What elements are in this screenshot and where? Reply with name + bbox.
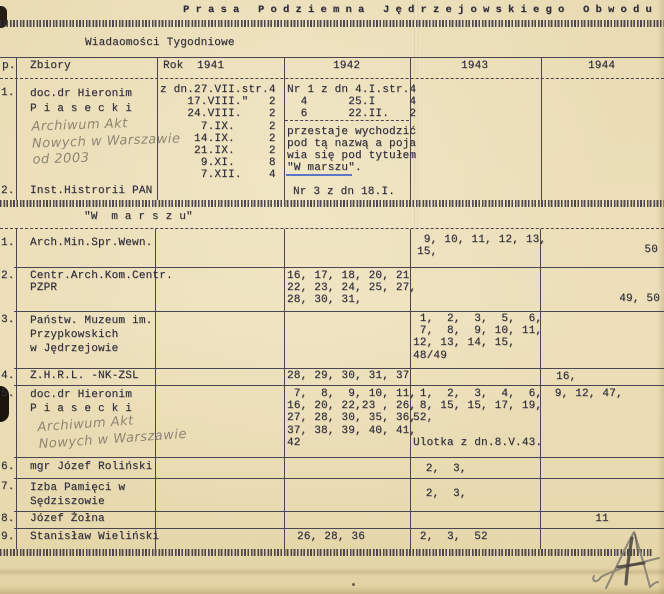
t2-row2-collection-name: Centr.Arch.Kom.Centr. PZPR (30, 270, 173, 294)
t2-row8-1944-cell: 11 (540, 513, 664, 525)
t1-row2-1942-cell: Nr 3 z dn 18.I. (293, 186, 395, 198)
t1-row2-number: 2. (1, 185, 15, 197)
t2-row5-1944-cell: 9, 12, 47, (548, 388, 623, 400)
table1-vline-1944 (541, 57, 542, 200)
t1-row1-number: 1. (1, 87, 15, 99)
t2-row5-1943-cell: 1, 2, 3, 4, 6, 8, 15, 15, 17, 19, 52, Ul… (413, 388, 542, 449)
t2-row1-1943-cell: 9, 10, 11, 12, 13, 15, (417, 234, 546, 258)
t2-row7-1943-cell: 2, 3, (419, 488, 467, 500)
t1-row1-1942-paragraph: przestaje wychodzić pod tą nazwą a poja … (287, 126, 416, 163)
t2-row9-1942-cell: 26, 28, 36 (297, 531, 365, 543)
t2-row2-1944-cell: 49, 50 (540, 293, 660, 305)
t2-row5-1942-cell: 7, 8, 9, 10, 11, 16, 20, 22,23 , 26, 27,… (287, 388, 416, 449)
t2-row2-number: 2. (1, 270, 15, 282)
t1-row2-collection-name: Inst.Histrorii PAN (30, 185, 152, 197)
typed-separator-table2-bottom (0, 549, 652, 556)
table2-top-dashed-border (0, 228, 664, 229)
section2-title: "W m a r s z u" (84, 211, 193, 223)
t2-row4-1942-cell: 28, 29, 30, 31, 37 (287, 370, 409, 382)
typed-separator-table1-bottom (0, 200, 664, 207)
table2-vline-num (16, 229, 17, 549)
t2-row1-number: 1. (1, 237, 15, 249)
section1-title: Wiadaomości Tygodniowe (85, 37, 235, 49)
t2-row-divider-5 (14, 457, 664, 458)
table1-header-divider (0, 78, 664, 79)
t2-row2-1942-cell: 16, 17, 18, 20, 21 22, 23, 24, 25, 27, 2… (287, 270, 416, 307)
t1-row1-handwritten-note: Archiwum Akt Nowych w Warszawie od 2003 (31, 114, 181, 169)
table1-header-1941: Rok 1941 (163, 60, 224, 72)
t2-row4-collection-name: Z.H.R.L. -NK-ZSL (30, 370, 139, 382)
t2-row4-1944-cell: 16, (556, 371, 576, 383)
t2-row5-number: 5. (1, 388, 15, 400)
typed-separator-top (0, 20, 664, 27)
t1-row1-1942-dashed-rule (285, 120, 409, 121)
t2-row-divider-8 (14, 528, 664, 529)
t2-row-divider-2 (14, 311, 664, 312)
table1-top-border (0, 57, 664, 58)
t2-row3-collection-name: Państw. Muzeum im. Przypkowskich w Jędrz… (30, 314, 152, 356)
t2-row-divider-3 (14, 368, 664, 369)
table1-vline-num (16, 57, 17, 200)
page-title: Prasa Podziemna Jędrzejowskiego Obwodu (183, 4, 658, 16)
paper-speck (352, 583, 355, 586)
t2-row-divider-7 (14, 511, 664, 512)
t2-row9-collection-name: Stanisław Wieliński (30, 531, 159, 543)
paper-edge-bottom (0, 586, 664, 594)
table1-header-1944: 1944 (588, 60, 615, 72)
table1-header-zbiory: Zbiory (30, 60, 71, 72)
t2-row9-1943-cell: 2, 3, 52 (413, 531, 488, 543)
t2-row4-number: 4. (1, 370, 15, 382)
t2-row-divider-1 (14, 267, 664, 268)
t1-row1-1942-marszu-title: "W marszu". (287, 162, 362, 174)
t2-row5-collection-name: doc.dr Hieronim P i a s e c k i (30, 388, 132, 416)
t2-row6-number: 6. (1, 461, 15, 473)
t2-row6-collection-name: mgr Józef Roliński (30, 461, 152, 473)
t2-row1-collection-name: Arch.Min.Spr.Wewn. (30, 237, 152, 249)
table2-vline-1942 (284, 229, 285, 549)
t1-row1-blue-ink-underline (286, 174, 352, 176)
scanned-document-page: Prasa Podziemna Jędrzejowskiego Obwodu W… (0, 0, 664, 594)
t2-row6-1943-cell: 2, 3, (419, 463, 467, 475)
t2-row-divider-6 (14, 478, 664, 479)
table1-vline-1942 (284, 57, 285, 200)
t2-row8-collection-name: Józef Żołna (30, 513, 105, 525)
t1-row1-1941-cell: z dn.27.VII.str.4 17.VIII." 2 24.VIII. 2… (160, 84, 276, 182)
table1-header-num: p. (2, 60, 16, 72)
table1-header-1943: 1943 (461, 60, 488, 72)
t2-row7-collection-name: Izba Pamięci w Sędziszowie (30, 481, 125, 509)
t2-row7-number: 7. (1, 481, 15, 493)
t1-row1-1942-cell: Nr 1 z dn 4.I.str.4 4 25.I 4 6 22.II. 2 (287, 84, 416, 121)
t2-row1-1944-cell: 50 (540, 244, 658, 256)
t2-row3-1943-cell: 1, 2, 3, 5, 6, 7, 8, 9, 10, 11, 12, 13, … (413, 313, 542, 362)
t2-row9-number: 9. (1, 531, 15, 543)
t2-row8-number: 8. (1, 513, 15, 525)
t2-row3-number: 3. (1, 314, 15, 326)
table1-header-1942: 1942 (333, 60, 360, 72)
monogram-a-icon (592, 526, 664, 592)
t2-row-divider-4 (14, 385, 664, 386)
paper-crease-bottom (0, 568, 664, 576)
t2-row5-handwritten-note: Archiwum Akt Nowych w Warszawie (37, 410, 187, 453)
t1-row1-collection-name: doc.dr Hieronim P i a s e c k i (30, 87, 132, 117)
